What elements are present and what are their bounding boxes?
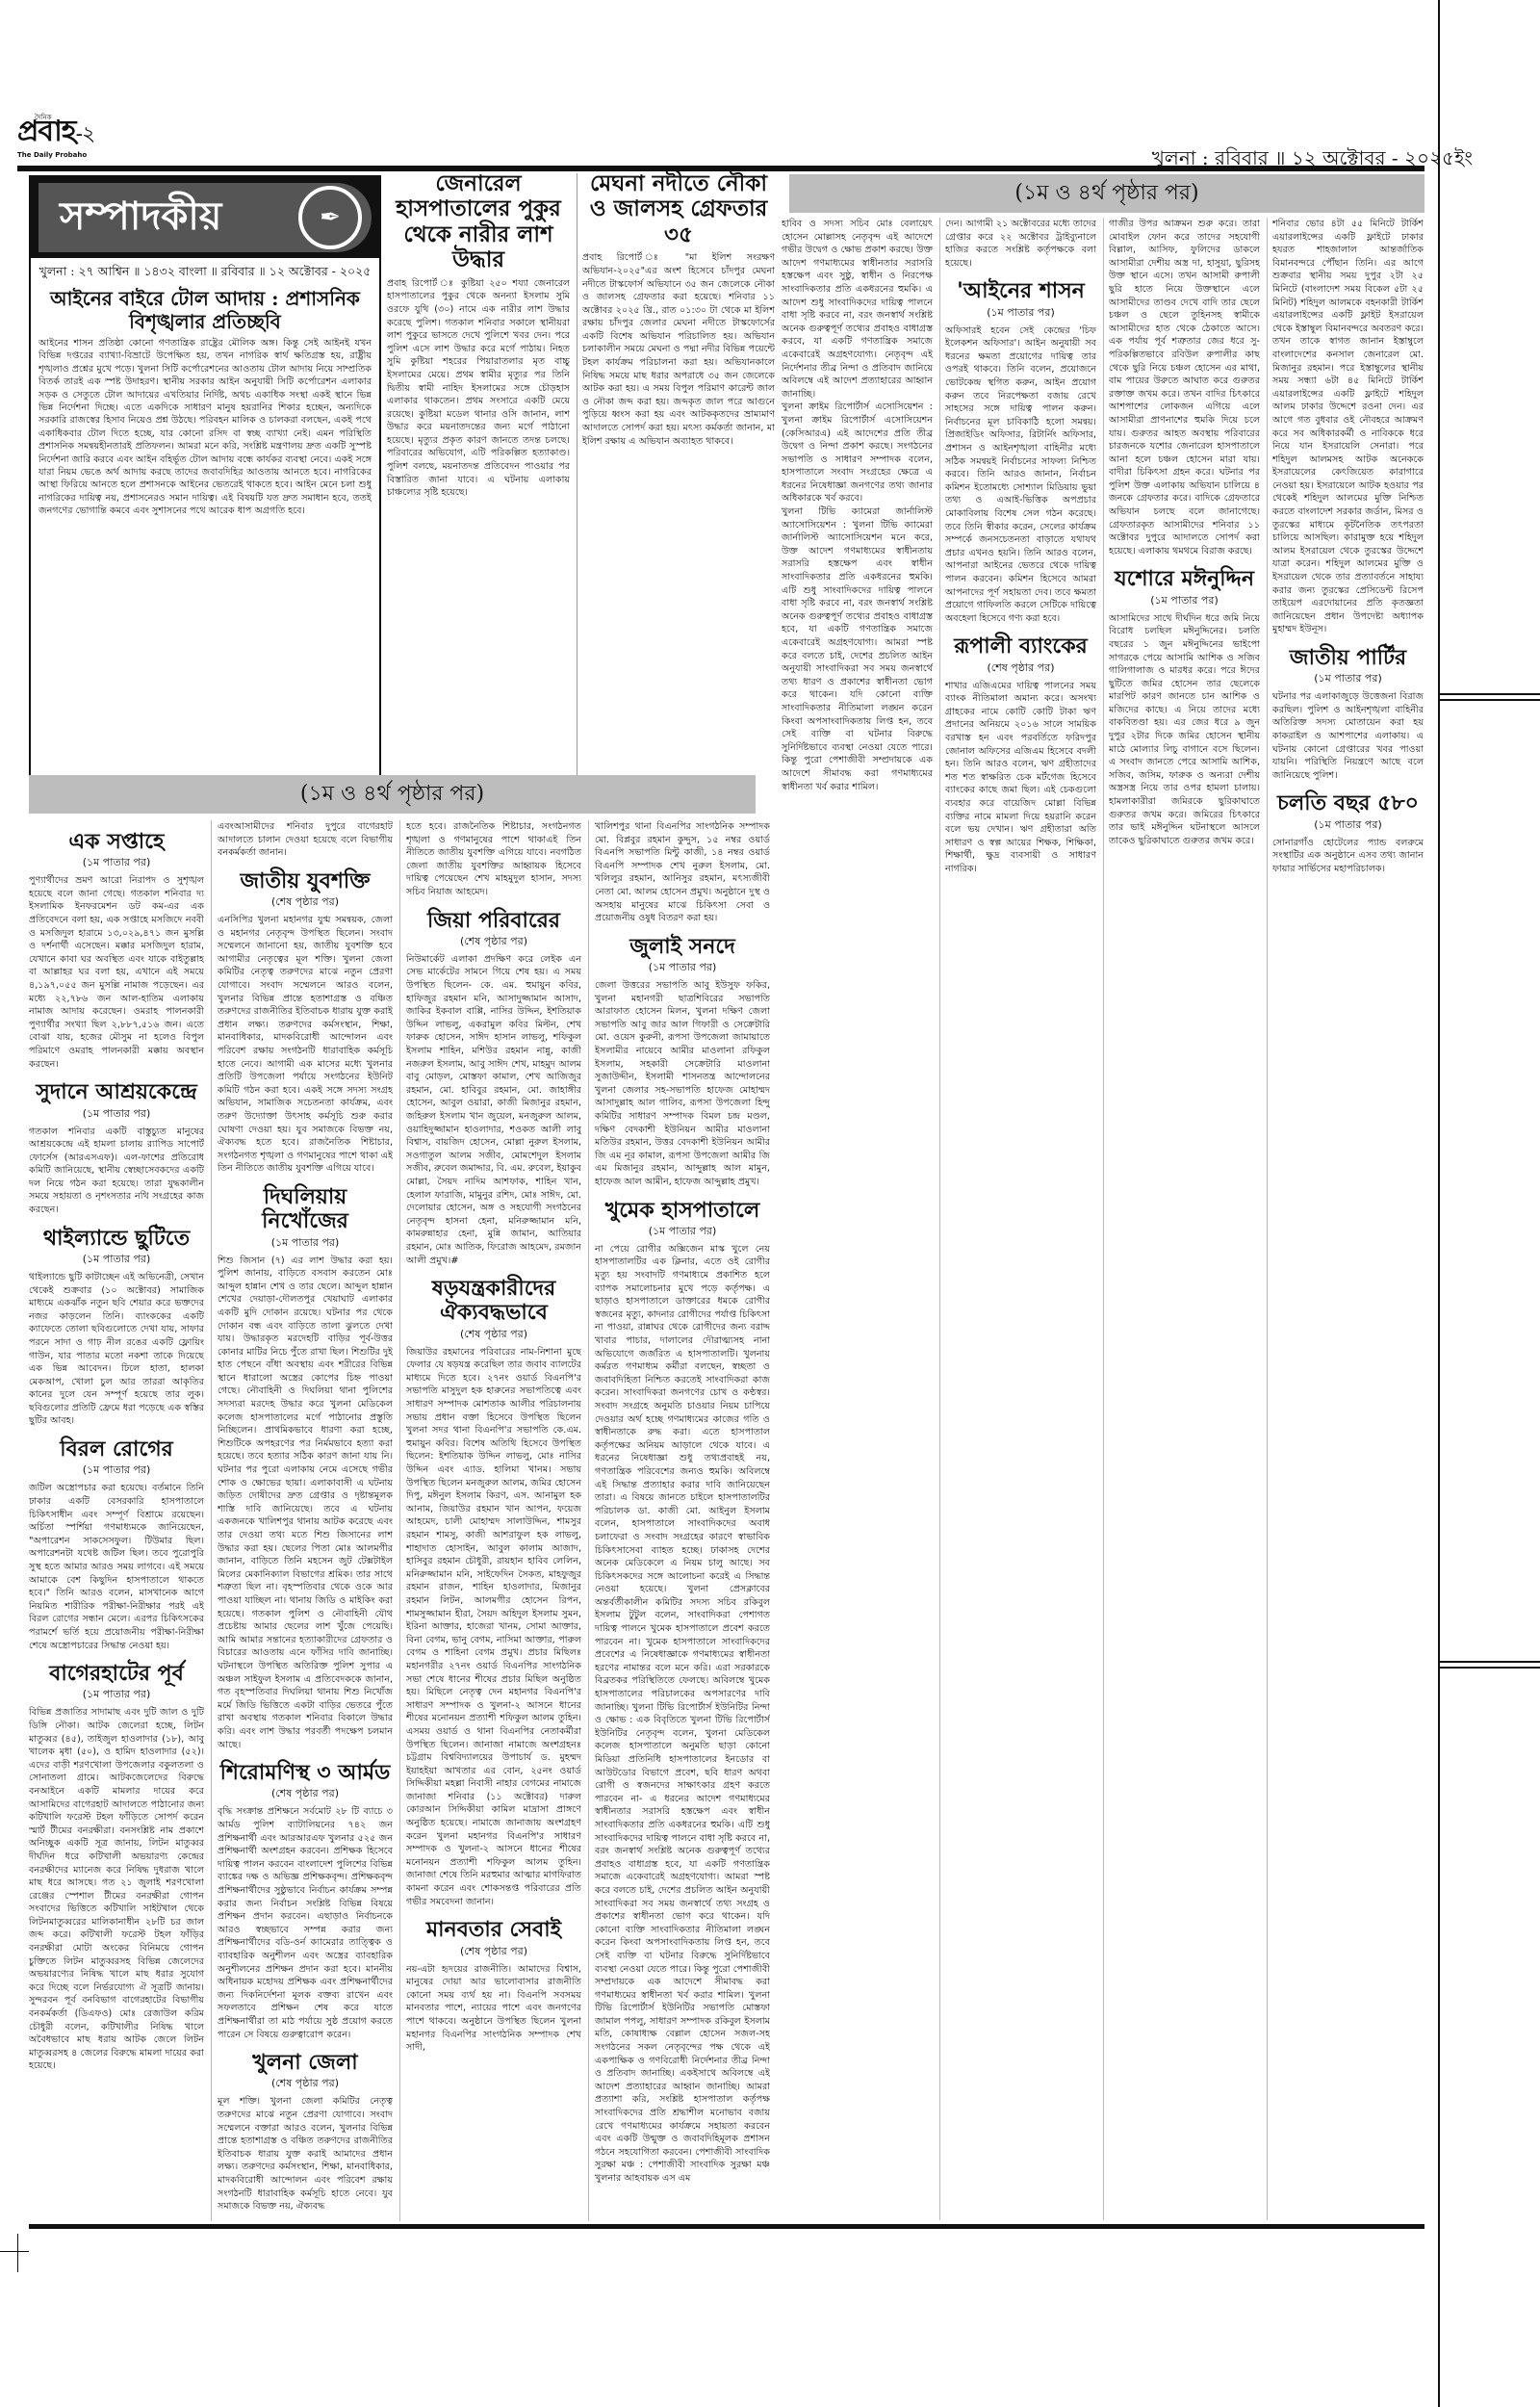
crop-mark bbox=[0, 2251, 29, 2252]
column-divider bbox=[211, 820, 212, 2221]
news-column: হতে হবে। রাজনৈতিক শিষ্টাচার, সংগঠনগত শৃঙ… bbox=[406, 820, 581, 2221]
story-body: খুলনা ক্রাইম রিপোর্টার্স এসোসিয়েশন : খু… bbox=[782, 401, 933, 505]
continuation-note: (শেষ পৃষ্ঠার পর) bbox=[945, 660, 1096, 678]
story-meghna-arrest: মেঘনা নদীতে নৌকা ও জালসহ গ্রেফতার ৩৫ প্র… bbox=[582, 171, 775, 778]
news-column: খালিশপুর থানা বিএনপির সাংগঠনিক সম্পাদক ম… bbox=[595, 820, 770, 2221]
story-hospital-pond: জেনারেল হাসপাতালের পুকুর থেকে নারীর লাশ … bbox=[387, 171, 570, 778]
story-headline: রূপালী ব্যাংকের bbox=[945, 634, 1096, 659]
editorial-banner: সম্পাদকীয় ✒ bbox=[31, 177, 379, 258]
news-column: দেন। আগামী ২১ অক্টোবরের মধ্যে তাদের গ্রে… bbox=[945, 218, 1096, 2220]
story-body: খুলনা টিভি ক্যামেরা জার্নালিস্ট অ্যাসোসি… bbox=[782, 505, 933, 793]
story-body: শনিবার ভোর ৪টা ৫৫ মিনিটে টার্কিশ এয়ারলা… bbox=[1272, 218, 1424, 636]
continuation-note: (শেষ পৃষ্ঠার পর) bbox=[218, 1785, 393, 1803]
continuation-note: (শেষ পৃষ্ঠার পর) bbox=[406, 933, 581, 951]
story-body: বিভিন্ন প্রজাতির সাদামাছ এবং দুটি জাল ও … bbox=[29, 1706, 204, 2073]
story-headline: খুমেক হাসপাতালে bbox=[595, 1199, 770, 1223]
story-body: হাবিব ও সদস্য সচিব মোঃ বেলায়েৎ হোসেন মো… bbox=[782, 218, 933, 401]
story-body: গতকাল শনিবার একটি বাস্তুচ্যুত মানুষের আশ… bbox=[29, 1126, 204, 1217]
story-body: থাইল্যান্ডে ছুটি কাটাচ্ছেন এই অভিনেত্রী,… bbox=[29, 1271, 204, 1428]
story-headline: মেঘনা নদীতে নৌকা ও জালসহ গ্রেফতার ৩৫ bbox=[582, 171, 775, 247]
story-headline: থাইল্যান্ডে ছুটিতে bbox=[29, 1227, 204, 1251]
continuation-note: (১ম পাতার পর) bbox=[29, 1686, 204, 1704]
story-body: অফিসারই হবেন সেই কেন্দ্রের 'চিফ ইলেকশন অ… bbox=[945, 324, 1096, 626]
story-headline: খুলনা জেলা bbox=[218, 2051, 393, 2075]
story-body: পুণ্যার্থীদের ভ্রমণ আরো নিরাপদ ও সুশৃঙ্খ… bbox=[29, 874, 204, 1071]
upper-right-columns: হাবিব ও সদস্য সচিব মোঃ বেলায়েৎ হোসেন মো… bbox=[782, 218, 1426, 2220]
crop-mark bbox=[1438, 1661, 1540, 1663]
column-divider bbox=[939, 218, 940, 2220]
editorial-box: সম্পাদকীয় ✒ খুলনা : ২৭ আশ্বিন ॥ ১৪৩২ বা… bbox=[29, 175, 381, 795]
column-divider bbox=[577, 173, 577, 775]
story-body: জেলা উত্তরের সভাপতি আবু ইউসুফ ফকির, খুলন… bbox=[595, 979, 770, 1189]
continued-band-lower: (১ম ও ৪র্থ পৃষ্ঠার পর) bbox=[29, 775, 756, 814]
continuation-note: (১ম পাতার পর) bbox=[1109, 592, 1260, 610]
crop-mark bbox=[1438, 699, 1540, 701]
masthead-dateline: খুলনা : রবিবার ॥ ১২ অক্টোবর - ২০২৫ইং bbox=[1152, 144, 1473, 176]
editorial-headline: আইনের বাইরে টোল আদায় : প্রশাসনিক বিশৃঙ্… bbox=[31, 285, 379, 337]
story-headline: যশোরে মঈনুদ্দিন bbox=[1109, 567, 1260, 591]
story-body: দেন। আগামী ২১ অক্টোবরের মধ্যে তাদের গ্রে… bbox=[945, 218, 1096, 270]
crop-mark bbox=[17, 2234, 18, 2272]
continuation-note: (শেষ পৃষ্ঠার পর) bbox=[218, 893, 393, 912]
news-column: শনিবার ভোর ৪টা ৫৫ মিনিটে টার্কিশ এয়ারলা… bbox=[1272, 218, 1424, 2220]
story-body: জিয়াউর রহমানের পরিবারের নাম-নিশানা মুছে… bbox=[406, 1346, 581, 1909]
continuation-note: (শেষ পৃষ্ঠার পর) bbox=[406, 1943, 581, 1961]
bottom-rule bbox=[29, 2224, 1424, 2229]
story-headline: এক সপ্তাহে bbox=[29, 830, 204, 854]
logo-tagline: The Daily Probaho bbox=[17, 151, 123, 159]
story-body: হতে হবে। রাজনৈতিক শিষ্টাচার, সংগঠনগত শৃঙ… bbox=[406, 820, 581, 899]
story-body: গাজীর উপর আক্রমন শুরু করে। তারা মোবাইল ফ… bbox=[1109, 218, 1260, 557]
logo-small-text: দৈনিক bbox=[35, 112, 52, 123]
story-headline: চলতি বছর ৫৮০ bbox=[1272, 791, 1424, 815]
story-headline: ষড়যন্ত্রকারীদের ঐক্যবদ্ধভাবে bbox=[406, 1277, 581, 1326]
story-body: জটিল অস্ত্রোপচার করা হয়েছে। বর্তমানে তি… bbox=[29, 1482, 204, 1652]
story-body: নয়-এটা হৃদয়ের রাজনীতি। আমাদের বিশ্বাস,… bbox=[406, 1963, 581, 2055]
story-headline: দিঘলিয়ায় নিখোঁজের bbox=[218, 1185, 393, 1234]
story-body: প্রবাহ রিপোর্ট ঃ "মা ইলিশ সংরক্ষণ অভিযান… bbox=[582, 251, 775, 448]
story-body: না পেয়ে রোগীর অক্সিজেন মাস্ক খুলে নেয় … bbox=[595, 1243, 770, 2186]
crop-mark bbox=[1438, 1667, 1540, 1669]
story-headline: জাতীয় পার্টির bbox=[1272, 646, 1424, 670]
story-body: এনসিপির খুলনা মহানগর যুগ্ম সমন্বয়ক, জেল… bbox=[218, 914, 393, 1176]
story-body: প্রবাহ রিপোর্ট ঃ কুষ্টিয়া ২৫০ শয্যা জেন… bbox=[387, 277, 570, 500]
continued-band-upper: (১ম ও ৪র্থ পৃষ্ঠার পর) bbox=[789, 174, 1424, 213]
story-headline: মানবতার সেবাই bbox=[406, 1918, 581, 1942]
continuation-note: (১ম পাতার পর) bbox=[595, 959, 770, 977]
story-headline: 'আইনের শাসন bbox=[945, 279, 1096, 303]
column-divider bbox=[399, 820, 400, 2221]
column-divider bbox=[588, 820, 589, 2221]
continuation-note: (১ম পাতার পর) bbox=[218, 1234, 393, 1253]
story-headline: জেনারেল হাসপাতালের পুকুর থেকে নারীর লাশ … bbox=[387, 171, 570, 273]
column-divider bbox=[1103, 218, 1104, 2220]
masthead-logo: দৈনিক প্রবাহ-২ The Daily Probaho bbox=[17, 117, 123, 168]
story-body: এবংআসামীদের শনিবার দুপুরে বাগেরহাট আদালত… bbox=[218, 820, 393, 860]
story-body: নিউমার্কেট এলাকা প্রদক্ষিণ করে লেইক এন স… bbox=[406, 953, 581, 1267]
story-body: শাখার এজিএমের দায়িত্ব পালনের সময় ব্যাং… bbox=[945, 680, 1096, 876]
news-column: হাবিব ও সদস্য সচিব মোঃ বেলায়েৎ হোসেন মো… bbox=[782, 218, 933, 2220]
story-body: মূল শক্তি। খুলনা জেলা কমিটির নেতৃত্ব তরু… bbox=[218, 2095, 393, 2213]
page-margin-line bbox=[1438, 0, 1440, 2407]
story-headline: শিরোমণিস্থ ৩ আর্মড bbox=[218, 1761, 393, 1785]
continuation-note: (১ম পাতার পর) bbox=[29, 1462, 204, 1480]
news-column: এক সপ্তাহে(১ম পাতার পর)পুণ্যার্থীদের ভ্র… bbox=[29, 820, 204, 2221]
continuation-note: (১ম পাতার পর) bbox=[595, 1223, 770, 1241]
lower-left-columns: এক সপ্তাহে(১ম পাতার পর)পুণ্যার্থীদের ভ্র… bbox=[29, 820, 770, 2221]
continuation-note: (১ম পাতার পর) bbox=[1272, 816, 1424, 835]
news-column: গাজীর উপর আক্রমন শুরু করে। তারা মোবাইল ফ… bbox=[1109, 218, 1260, 2220]
continuation-note: (শেষ পৃষ্ঠার পর) bbox=[218, 2075, 393, 2093]
logo-title: প্রবাহ-২ bbox=[17, 117, 123, 149]
story-body: সোনারগাঁও হোটেলের প্যান্ড বলরুমে সংস্থাট… bbox=[1272, 837, 1424, 876]
story-headline: জিয়া পরিবারের bbox=[406, 909, 581, 933]
fountain-pen-icon: ✒ bbox=[298, 186, 362, 249]
editorial-title: সম্পাদকীয় bbox=[38, 186, 298, 250]
story-body: বৃদ্ধি সংক্রান্ত প্রশিক্ষনে সর্বমোট ২৮ ট… bbox=[218, 1805, 393, 2041]
story-headline: সুদানে আশ্রয়কেন্দ্রে bbox=[29, 1080, 204, 1104]
continuation-note: (১ম পাতার পর) bbox=[945, 304, 1096, 323]
story-headline: বাগেরহাটের পূর্ব bbox=[29, 1662, 204, 1686]
crop-mark bbox=[1438, 693, 1540, 695]
continuation-note: (১ম পাতার পর) bbox=[29, 1251, 204, 1269]
story-body: শিশু জিসান (৭) এর লাশ উদ্ধার করা হয়। পু… bbox=[218, 1255, 393, 1752]
story-headline: জুলাই সনদে bbox=[595, 935, 770, 959]
editorial-dateline: খুলনা : ২৭ আশ্বিন ॥ ১৪৩২ বাংলা ॥ রবিবার … bbox=[31, 258, 379, 285]
news-column: এবংআসামীদের শনিবার দুপুরে বাগেরহাট আদালত… bbox=[218, 820, 393, 2221]
continuation-note: (১ম পাতার পর) bbox=[29, 854, 204, 872]
story-headline: বিরল রোগের bbox=[29, 1437, 204, 1462]
continuation-note: (১ম পাতার পর) bbox=[29, 1105, 204, 1124]
editorial-body: আইনের শাসন প্রতিষ্ঠা কোনো গণতান্ত্রিক রা… bbox=[31, 337, 379, 518]
continuation-note: (১ম পাতার পর) bbox=[1272, 670, 1424, 688]
story-body: খালিশপুর থানা বিএনপির সাংগঠনিক সম্পাদক ম… bbox=[595, 820, 770, 925]
story-headline: জাতীয় যুবশক্তি bbox=[218, 869, 393, 893]
story-body: আসামিদের সাথে দীর্ঘদিন ধরে জমি নিয়ে বির… bbox=[1109, 612, 1260, 848]
story-body: ঘটনার পর এলাকাজুড়ে উত্তেজনা বিরাজ করছিল… bbox=[1272, 690, 1424, 782]
column-divider bbox=[1267, 218, 1268, 2220]
continuation-note: (শেষ পৃষ্ঠার পর) bbox=[406, 1326, 581, 1344]
